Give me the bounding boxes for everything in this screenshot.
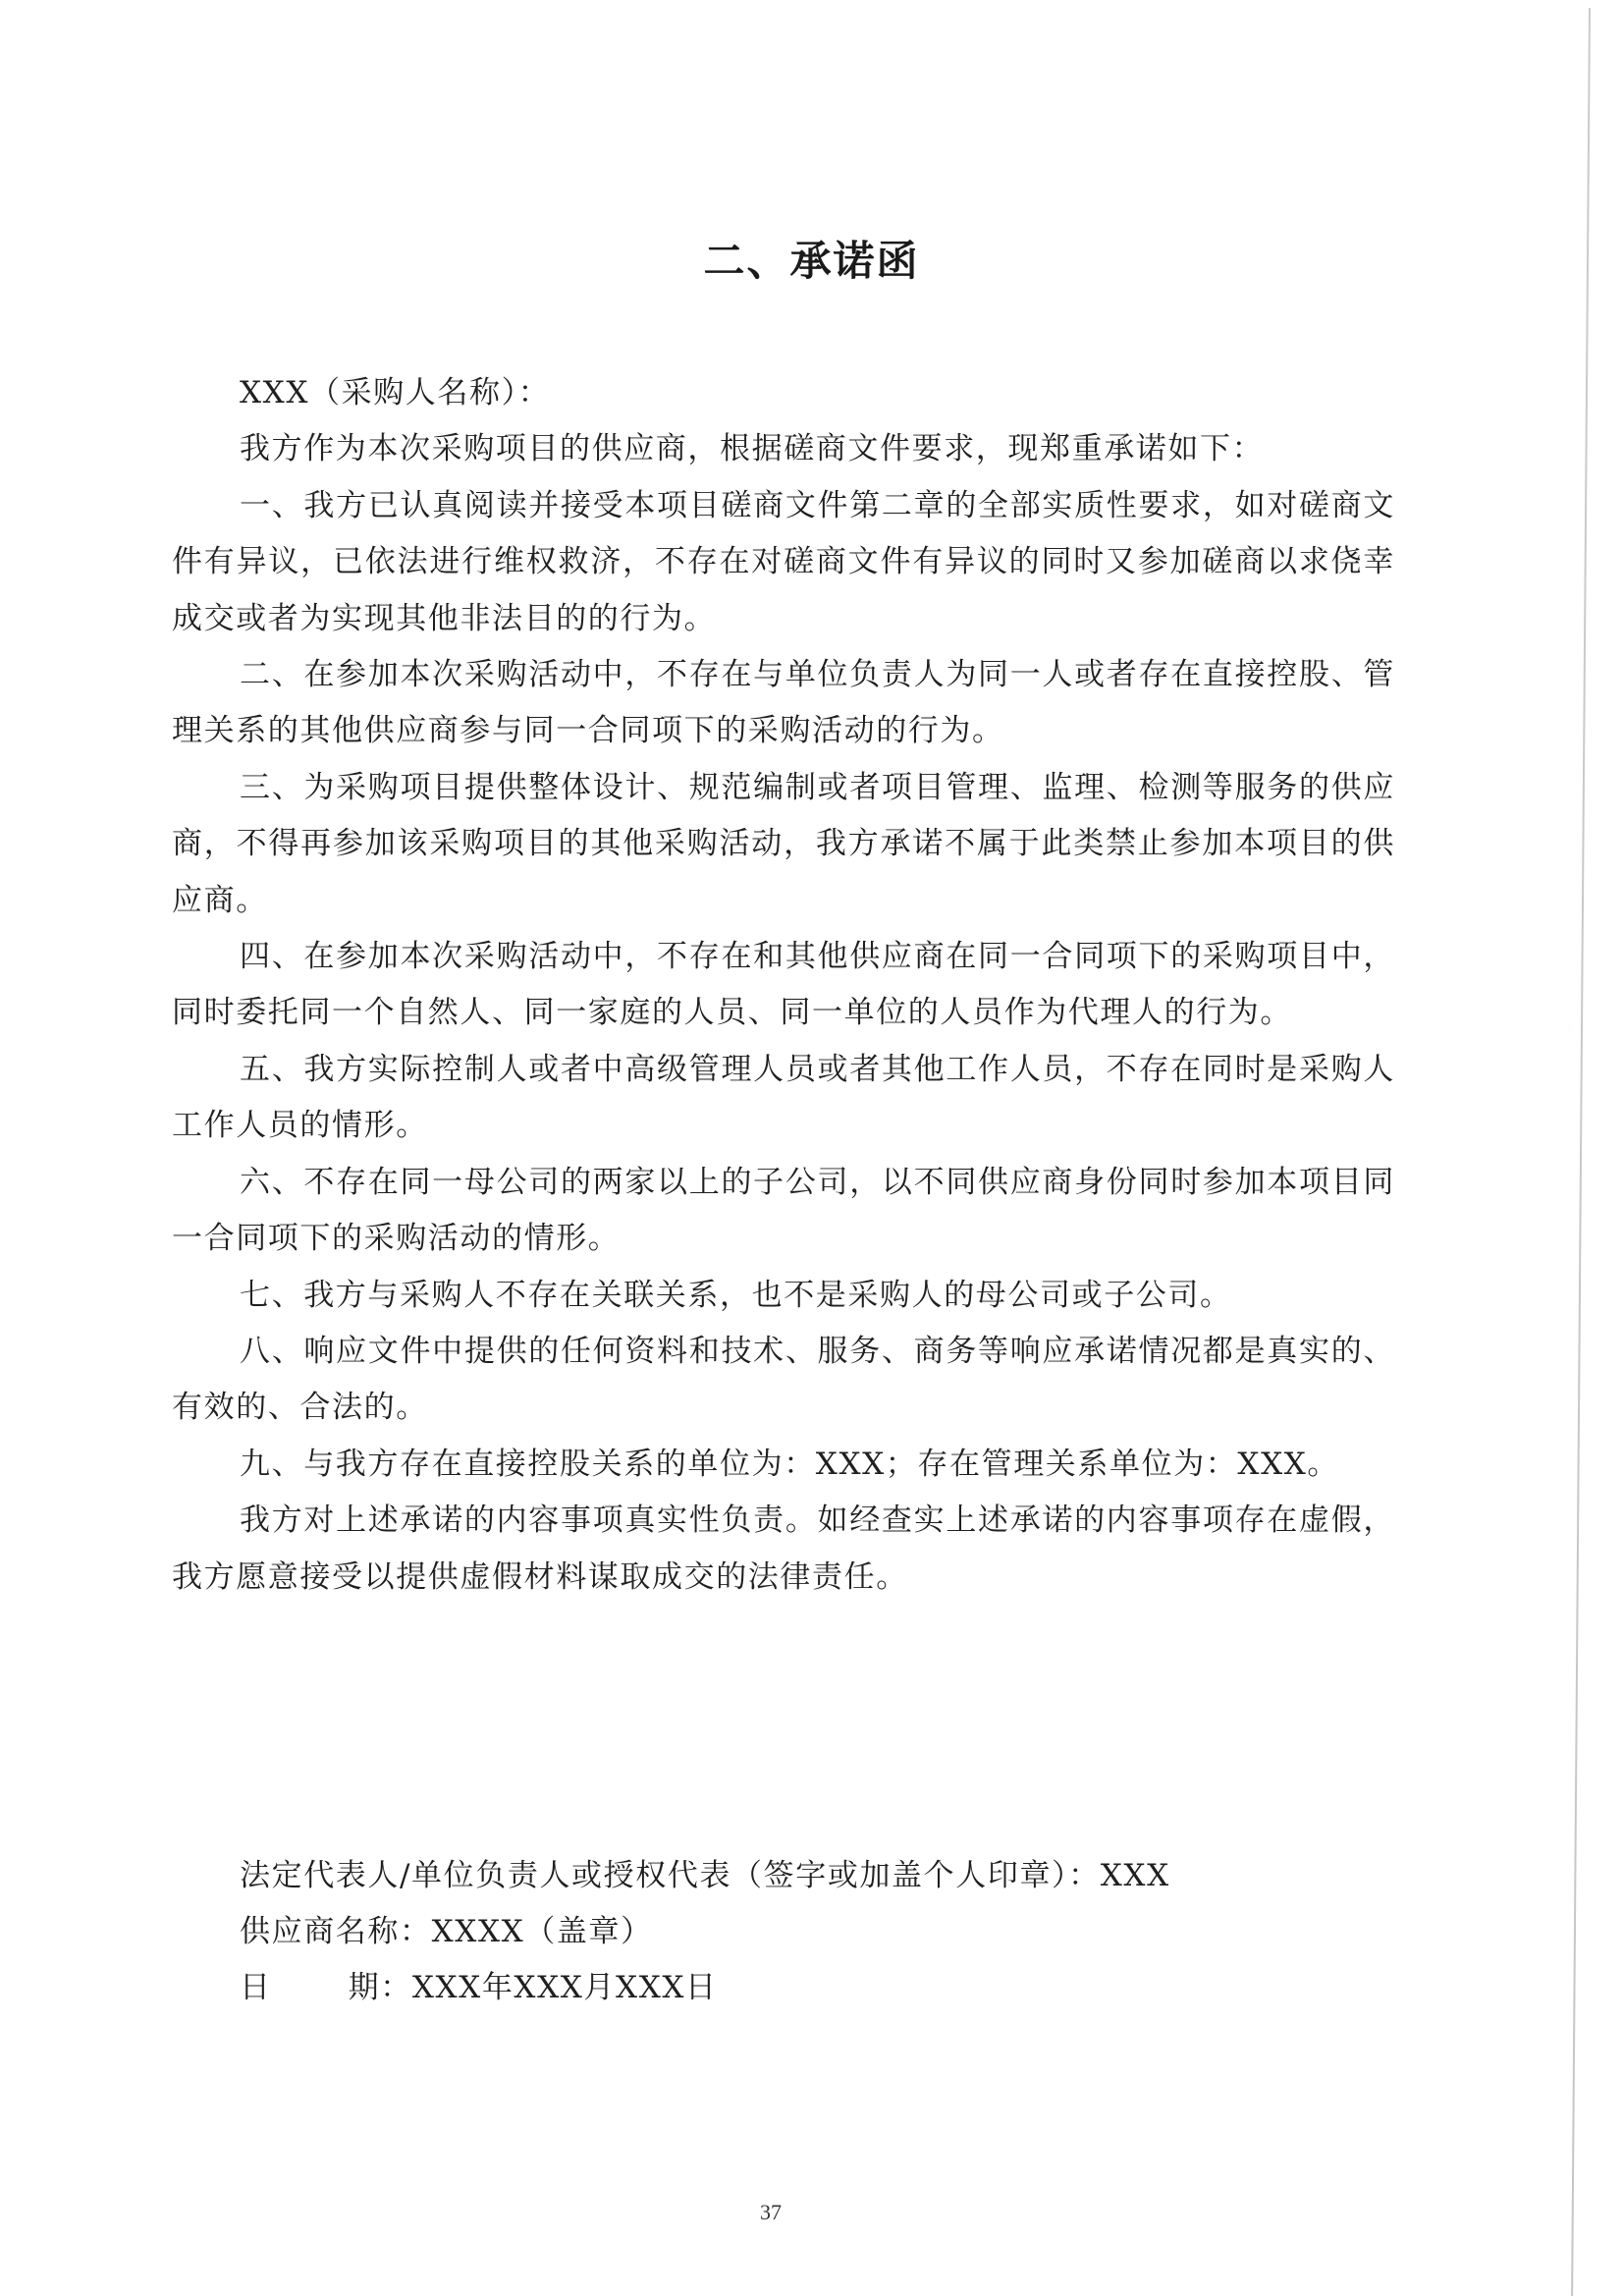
clause-8: 八、响应文件中提供的任何资料和技术、服务、商务等响应承诺情况都是真实的、有效的、… [172,1324,1395,1437]
scan-edge-line [1571,8,1591,2296]
clause-4: 四、在参加本次采购活动中，不存在和其他供应商在同一合同项下的采购项目中，同时委托… [172,929,1395,1042]
closing-paragraph: 我方对上述承诺的内容事项真实性负责。如经查实上述承诺的内容事项存在虚假，我方愿意… [172,1493,1395,1606]
salutation: XXX（采购人名称）： [172,365,1395,421]
clause-3: 三、为采购项目提供整体设计、规范编制或者项目管理、监理、检测等服务的供应商，不得… [172,760,1395,929]
clause-5: 五、我方实际控制人或者中高级管理人员或者其他工作人员，不存在同时是采购人工作人员… [172,1042,1395,1155]
clause-7: 七、我方与采购人不存在关联关系，也不是采购人的母公司或子公司。 [172,1268,1395,1324]
page-title: 二、承诺函 [0,232,1623,291]
document-page: 二、承诺函 XXX（采购人名称）： 我方作为本次采购项目的供应商，根据磋商文件要… [0,0,1623,2296]
date-line: 日期：XXX年XXX月XXX日 [240,1960,1170,2016]
representative-line: 法定代表人/单位负责人或授权代表（签字或加盖个人印章）：XXX [240,1848,1170,1904]
date-value: XXX年XXX月XXX日 [412,1970,718,2005]
clause-6: 六、不存在同一母公司的两家以上的子公司，以不同供应商身份同时参加本项目同一合同项… [172,1155,1395,1268]
supplier-line: 供应商名称：XXXX（盖章） [240,1904,1170,1960]
clause-2: 二、在参加本次采购活动中，不存在与单位负责人为同一人或者存在直接控股、管理关系的… [172,647,1395,760]
intro-paragraph: 我方作为本次采购项目的供应商，根据磋商文件要求，现郑重承诺如下： [172,421,1395,477]
clause-9: 九、与我方存在直接控股关系的单位为：XXX；存在管理关系单位为：XXX。 [172,1437,1395,1493]
page-number: 37 [0,2200,1542,2225]
clause-1: 一、我方已认真阅读并接受本项目磋商文件第二章的全部实质性要求，如对磋商文件有异议… [172,478,1395,647]
document-body: XXX（采购人名称）： 我方作为本次采购项目的供应商，根据磋商文件要求，现郑重承… [172,365,1395,1606]
date-label-start: 日 [240,1970,272,2005]
signature-block: 法定代表人/单位负责人或授权代表（签字或加盖个人印章）：XXX 供应商名称：XX… [240,1848,1170,2016]
date-label-end: 期： [349,1970,412,2005]
